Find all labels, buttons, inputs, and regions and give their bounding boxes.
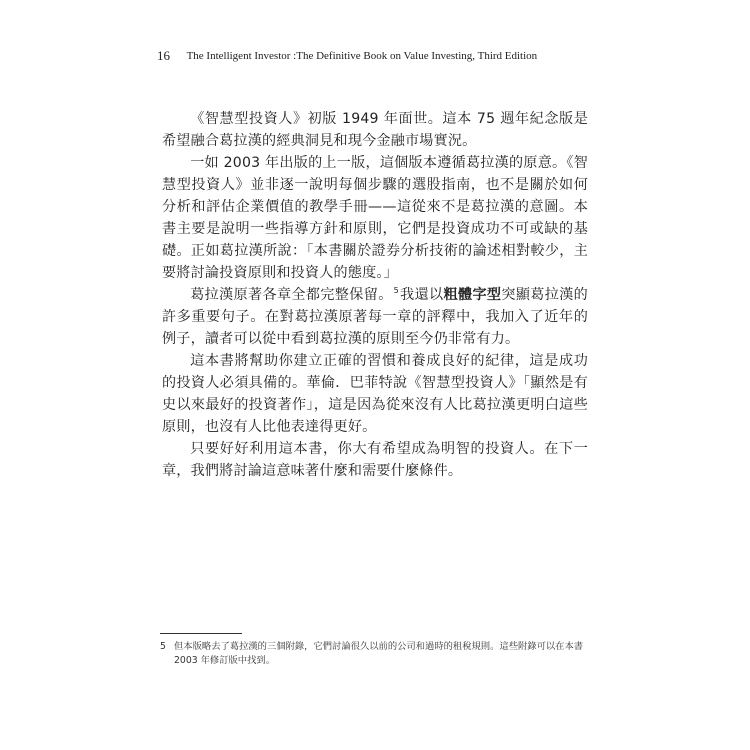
paragraph: 只要好好利用這本書，你大有希望成為明智的投資人。在下一章，我們將討論這意味著什麼…	[162, 438, 588, 482]
bold-text: 粗體字型	[444, 287, 502, 303]
footnote-divider	[160, 633, 242, 634]
body-text: 《智慧型投資人》初版 1949 年面世。這本 75 週年紀念版是希望融合葛拉漢的…	[162, 108, 588, 482]
paragraph-text: 葛拉漢原著各章全都完整保留。	[190, 287, 392, 303]
paragraph: 《智慧型投資人》初版 1949 年面世。這本 75 週年紀念版是希望融合葛拉漢的…	[162, 108, 588, 152]
running-header: 16 The Intelligent Investor :The Definit…	[157, 48, 537, 64]
page-number: 16	[157, 48, 170, 63]
paragraph: 葛拉漢原著各章全都完整保留。5我還以粗體字型突顯葛拉漢的許多重要句子。在對葛拉漢…	[162, 284, 588, 350]
footnote-line: 5但本版略去了葛拉漢的三個附錄，它們討論很久以前的公司和過時的租稅規則。這些附錄…	[160, 640, 588, 654]
footnote-line: 2003 年修訂版中找到。	[160, 654, 588, 668]
footnote-text: 但本版略去了葛拉漢的三個附錄，它們討論很久以前的公司和過時的租稅規則。這些附錄可…	[174, 641, 583, 652]
footnote-reference[interactable]: 5	[394, 286, 399, 295]
paragraph-text: 我還以	[400, 287, 444, 303]
footnote: 5但本版略去了葛拉漢的三個附錄，它們討論很久以前的公司和過時的租稅規則。這些附錄…	[160, 640, 588, 668]
footnote-number: 5	[160, 640, 174, 654]
paragraph: 一如 2003 年出版的上一版，這個版本遵循葛拉漢的原意。《智慧型投資人》並非逐…	[162, 152, 588, 284]
book-page: 16 The Intelligent Investor :The Definit…	[0, 0, 750, 750]
running-title: The Intelligent Investor :The Definitive…	[187, 50, 538, 62]
paragraph: 這本書將幫助你建立正確的習慣和養成良好的紀律，這是成功的投資人必須具備的。華倫．…	[162, 350, 588, 438]
